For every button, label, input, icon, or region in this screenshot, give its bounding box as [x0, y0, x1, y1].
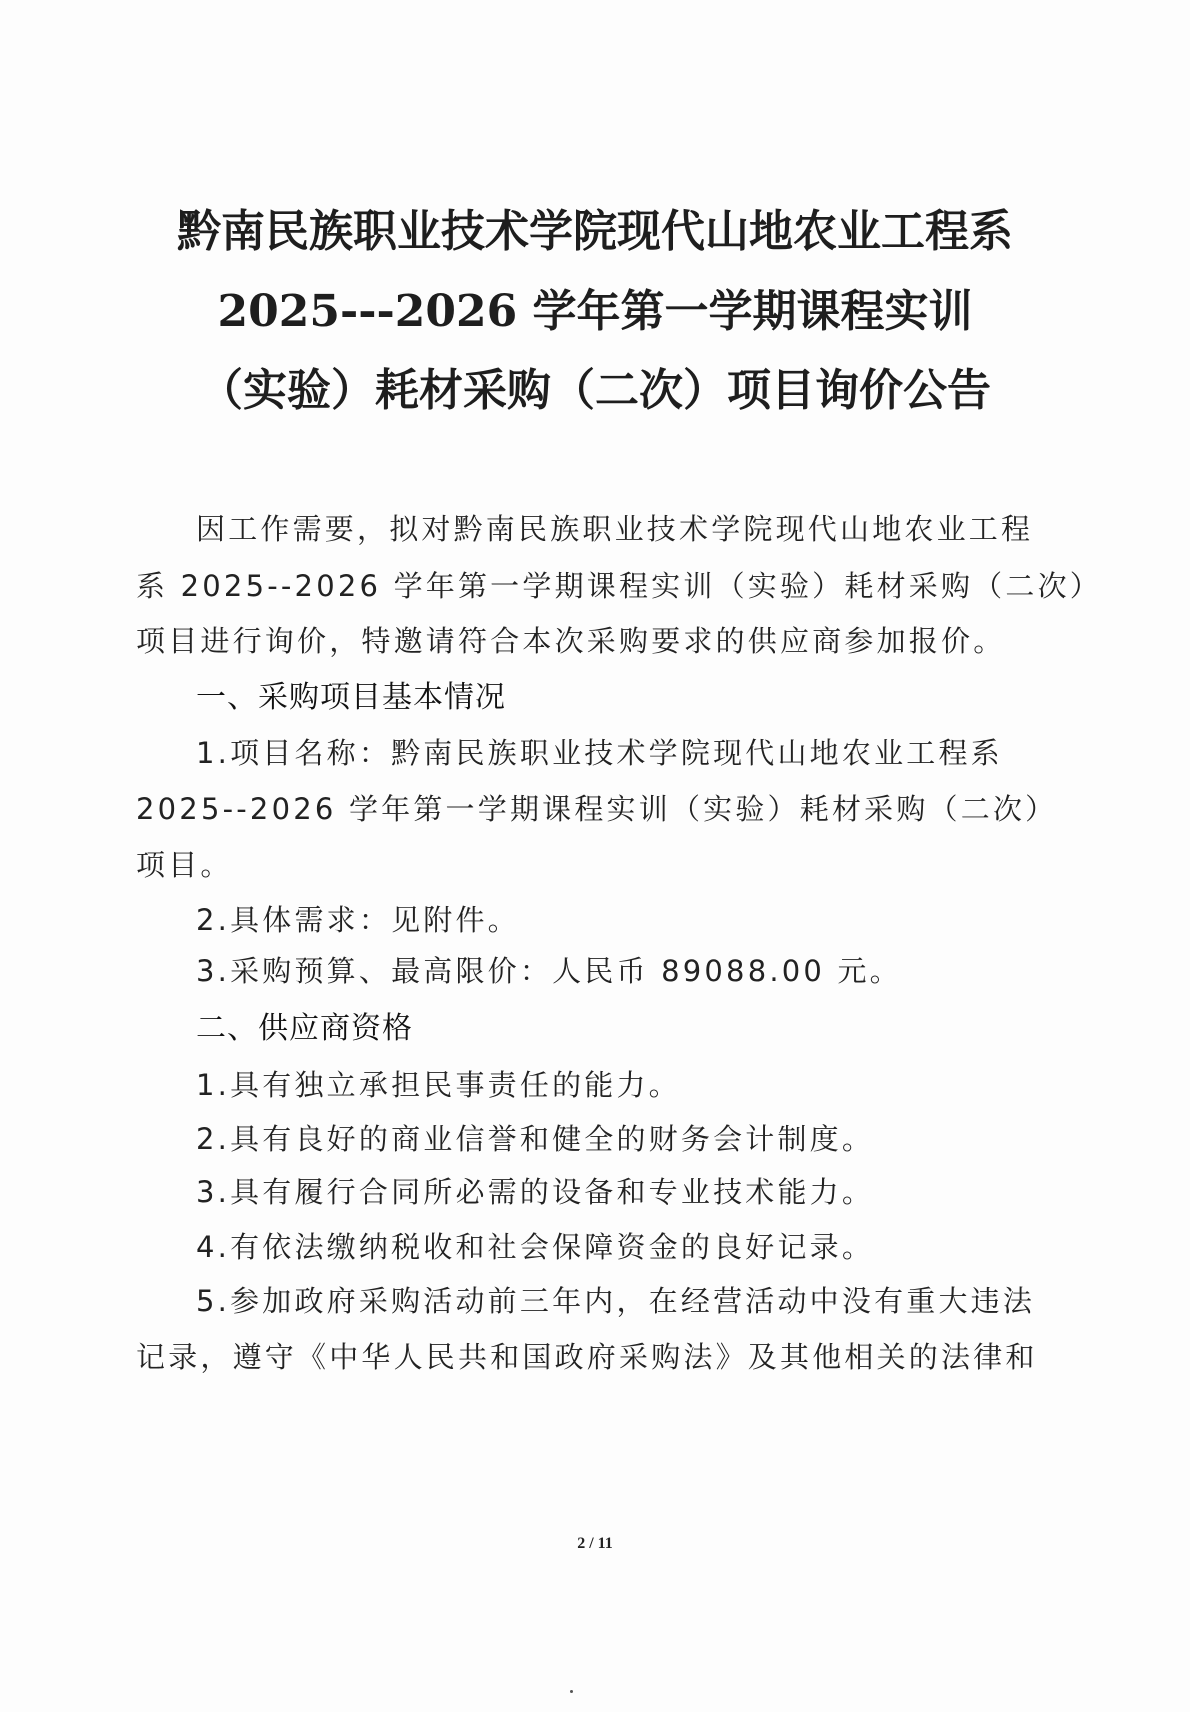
requirements-item: 2.具体需求：见附件。 — [196, 906, 520, 935]
qualification-item-3: 3.具有履行合同所必需的设备和专业技术能力。 — [196, 1178, 874, 1207]
intro-line-2: 系 2025--2026 学年第一学期课程实训（实验）耗材采购（二次） — [136, 572, 1102, 601]
budget-item: 3.采购预算、最高限价：人民币 89088.00 元。 — [196, 957, 902, 986]
title-line-3: （实验）耗材采购（二次）项目询价公告 — [0, 369, 1190, 413]
section-1-heading: 一、采购项目基本情况 — [196, 683, 506, 713]
scan-speck — [570, 1690, 573, 1693]
intro-line-1: 因工作需要，拟对黔南民族职业技术学院现代山地农业工程 — [196, 515, 1033, 544]
qualification-item-1: 1.具有独立承担民事责任的能力。 — [196, 1071, 681, 1100]
project-name-line-3: 项目。 — [136, 851, 233, 880]
project-name-line-1: 1.项目名称：黔南民族职业技术学院现代山地农业工程系 — [196, 739, 1003, 768]
page-number: 2 / 11 — [0, 1535, 1190, 1553]
document-page: 黔南民族职业技术学院现代山地农业工程系 2025---2026 学年第一学期课程… — [0, 0, 1190, 1712]
qualification-item-5-line-2: 记录，遵守《中华人民共和国政府采购法》及其他相关的法律和 — [136, 1343, 1038, 1372]
qualification-item-2: 2.具有良好的商业信誉和健全的财务会计制度。 — [196, 1125, 874, 1154]
qualification-item-4: 4.有依法缴纳税收和社会保障资金的良好记录。 — [196, 1233, 874, 1262]
title-line-2: 2025---2026 学年第一学期课程实训 — [0, 290, 1190, 334]
qualification-item-5-line-1: 5.参加政府采购活动前三年内，在经营活动中没有重大违法 — [196, 1287, 1035, 1316]
project-name-line-2: 2025--2026 学年第一学期课程实训（实验）耗材采购（二次） — [136, 795, 1057, 824]
title-line-1: 黔南民族职业技术学院现代山地农业工程系 — [0, 210, 1190, 254]
section-2-heading: 二、供应商资格 — [196, 1014, 413, 1044]
intro-line-3: 项目进行询价，特邀请符合本次采购要求的供应商参加报价。 — [136, 627, 1005, 656]
